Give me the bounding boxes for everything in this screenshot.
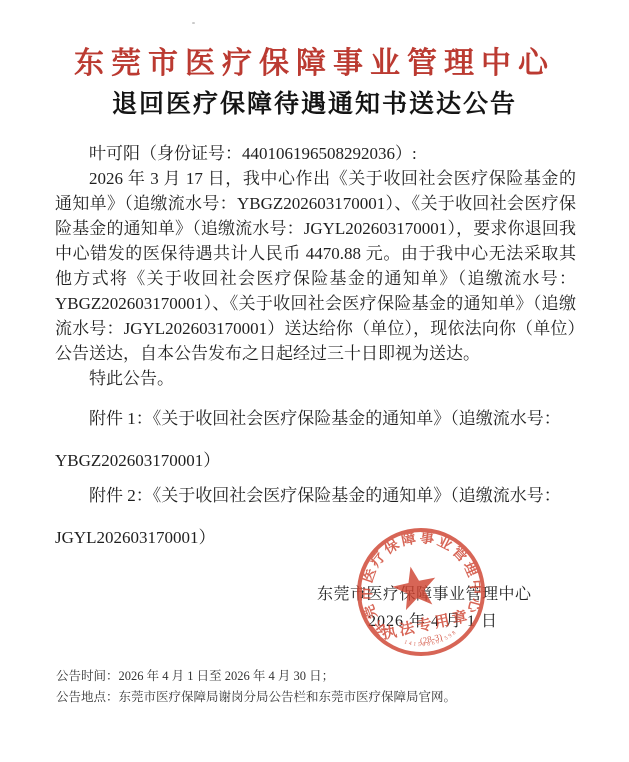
notice-body: 叶可阳（身份证号：440106196508292036）: 2026 年 3 月… bbox=[55, 141, 576, 391]
salutation-line: 叶可阳（身份证号：440106196508292036）: bbox=[55, 141, 576, 166]
seal-serial: 141598601598 bbox=[402, 628, 460, 652]
doc-title: 退回医疗保障待遇通知书送达公告 bbox=[0, 84, 629, 120]
footer-time-line: 公告时间：2026 年 4 月 1 日至 2026 年 4 月 30 日； bbox=[56, 666, 596, 687]
closing-line: 特此公告。 bbox=[55, 366, 576, 391]
notice-document: 东莞市医疗保障事业管理中心 退回医疗保障待遇通知书送达公告 叶可阳（身份证号：4… bbox=[0, 0, 629, 762]
attachment-1-serial: YBGZ202603170001） bbox=[55, 447, 576, 474]
attachment-2-serial: JGYL202603170001） bbox=[55, 524, 576, 551]
attachment-2-title: 附件 2：《关于收回社会医疗保险基金的通知单》（追缴流水号： bbox=[55, 482, 576, 509]
footer-notes: 公告时间：2026 年 4 月 1 日至 2026 年 4 月 30 日； 公告… bbox=[56, 666, 596, 708]
signature-org: 东莞市医疗保障事业管理中心 bbox=[317, 581, 532, 604]
signature-date: 2026 年 4 月 1 日 bbox=[368, 608, 498, 631]
scan-artifact-dot bbox=[192, 22, 195, 24]
main-paragraph: 2026 年 3 月 17 日，我中心作出《关于收回社会医疗保险基金的通知单》（… bbox=[55, 166, 576, 366]
attachment-1-title: 附件 1：《关于收回社会医疗保险基金的通知单》（追缴流水号： bbox=[55, 405, 576, 432]
attachments-section: 附件 1：《关于收回社会医疗保险基金的通知单》（追缴流水号： YBGZ20260… bbox=[55, 405, 576, 551]
footer-place-line: 公告地点：东莞市医疗保障局谢岗分局公告栏和东莞市医疗保障局官网。 bbox=[56, 687, 596, 708]
seal-code: (28-3) bbox=[419, 632, 443, 646]
org-title: 东莞市医疗保障事业管理中心 bbox=[0, 38, 629, 82]
